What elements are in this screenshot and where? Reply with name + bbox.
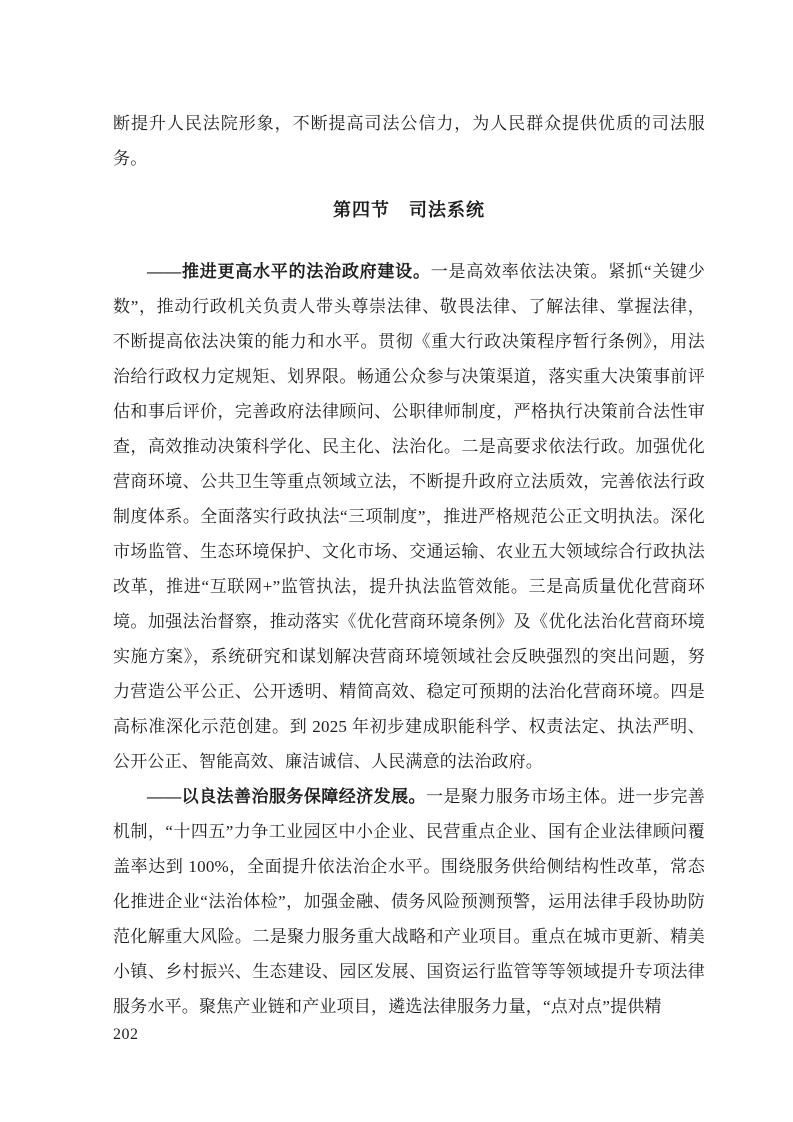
- page-number: 202: [113, 1022, 139, 1048]
- paragraph-1-body: 一是高效率依法决策。紧抓“关键少数”，推动行政机关负责人带头尊崇法律、敬畏法律、…: [113, 262, 705, 771]
- continuation-line: 断提升人民法院形象，不断提高司法公信力，为人民群众提供优质的司法服务。: [113, 106, 705, 176]
- paragraph-2-body: 一是聚力服务市场主体。进一步完善机制，“十四五”力争工业园区中小企业、民营重点企…: [113, 787, 705, 1016]
- paragraph-rule-of-law-government: ——推进更高水平的法治政府建设。一是高效率依法决策。紧抓“关键少数”，推动行政机…: [113, 254, 705, 779]
- document-page: 断提升人民法院形象，不断提高司法公信力，为人民群众提供优质的司法服务。 第四节 …: [0, 0, 793, 1122]
- paragraph-1-lead: ——推进更高水平的法治政府建设。: [147, 262, 431, 281]
- text-block: 断提升人民法院形象，不断提高司法公信力，为人民群众提供优质的司法服务。 第四节 …: [113, 106, 705, 1024]
- paragraph-2-lead: ——以良法善治服务保障经济发展。: [147, 787, 426, 806]
- paragraph-economic-development: ——以良法善治服务保障经济发展。一是聚力服务市场主体。进一步完善机制，“十四五”…: [113, 779, 705, 1024]
- section-heading: 第四节 司法系统: [113, 193, 705, 228]
